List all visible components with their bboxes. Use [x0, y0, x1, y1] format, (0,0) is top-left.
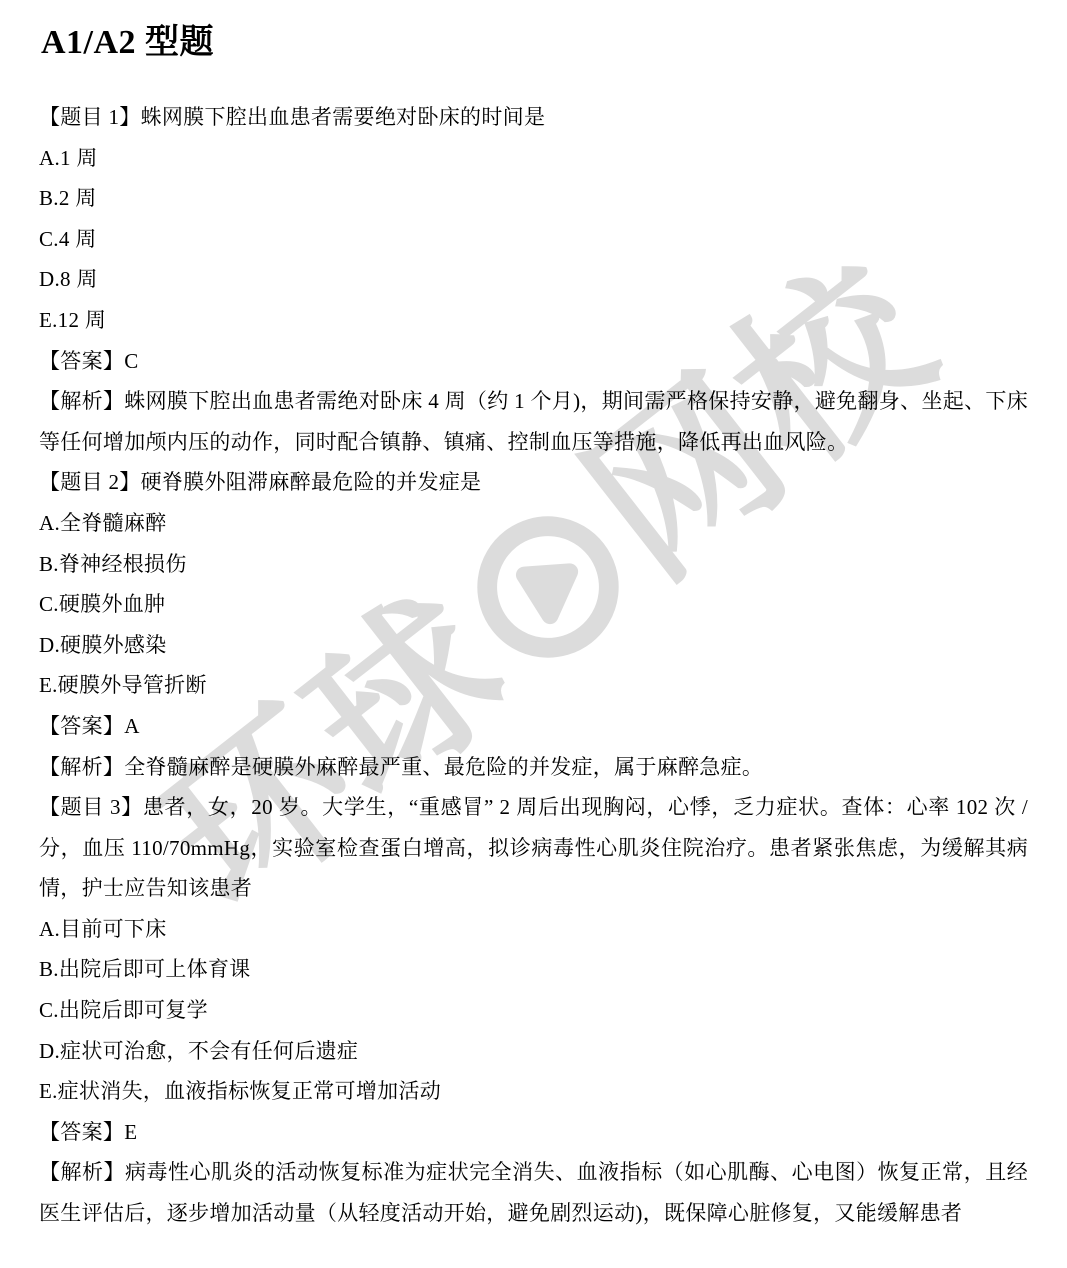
question-label: 【题目 2】 [39, 470, 141, 494]
option-line: E.12 周 [39, 300, 1028, 341]
option-line: B.脊神经根损伤 [39, 544, 1028, 585]
question-stem-text: 患者，女，20 岁。大学生，“重感冒” 2 周后出现胸闷，心悸，乏力症状。查体：… [39, 795, 1028, 900]
document-page: A1/A2 型题 【题目 1】蛛网膜下腔出血患者需要绝对卧床的时间是 A.1 周… [0, 0, 1067, 1268]
analysis-label: 【解析】 [39, 1160, 125, 1184]
option-line: C.硬膜外血肿 [39, 584, 1028, 625]
option-line: D.硬膜外感染 [39, 625, 1028, 666]
option-line: D.8 周 [39, 259, 1028, 300]
question-stem: 【题目 2】硬脊膜外阻滞麻醉最危险的并发症是 [39, 462, 1028, 503]
option-line: E.症状消失，血液指标恢复正常可增加活动 [39, 1071, 1028, 1112]
analysis-line: 【解析】病毒性心肌炎的活动恢复标准为症状完全消失、血液指标（如心肌酶、心电图）恢… [39, 1152, 1028, 1233]
option-line: D.症状可治愈，不会有任何后遗症 [39, 1031, 1028, 1072]
answer-line: 【答案】A [39, 706, 1028, 747]
option-line: A.全脊髓麻醉 [39, 503, 1028, 544]
analysis-label: 【解析】 [39, 755, 124, 779]
option-line: A.目前可下床 [39, 909, 1028, 950]
answer-value: E [124, 1120, 137, 1144]
question-label: 【题目 1】 [39, 105, 141, 129]
question-stem-text: 硬脊膜外阻滞麻醉最危险的并发症是 [141, 470, 482, 494]
option-line: B.2 周 [39, 178, 1028, 219]
question-stem-text: 蛛网膜下腔出血患者需要绝对卧床的时间是 [141, 105, 546, 129]
question-label: 【题目 3】 [39, 795, 143, 819]
question-block-1: 【题目 1】蛛网膜下腔出血患者需要绝对卧床的时间是 A.1 周 B.2 周 C.… [39, 97, 1028, 462]
analysis-text: 病毒性心肌炎的活动恢复标准为症状完全消失、血液指标（如心肌酶、心电图）恢复正常，… [39, 1160, 1028, 1225]
document-content: 【题目 1】蛛网膜下腔出血患者需要绝对卧床的时间是 A.1 周 B.2 周 C.… [39, 97, 1028, 1234]
option-line: B.出院后即可上体育课 [39, 949, 1028, 990]
page-title: A1/A2 型题 [41, 22, 1028, 64]
analysis-label: 【解析】 [39, 389, 124, 413]
question-stem: 【题目 1】蛛网膜下腔出血患者需要绝对卧床的时间是 [39, 97, 1028, 138]
option-line: C.4 周 [39, 219, 1028, 260]
answer-line: 【答案】E [39, 1112, 1028, 1153]
answer-label: 【答案】 [39, 1120, 124, 1144]
answer-value: C [124, 349, 138, 373]
question-block-3: 【题目 3】患者，女，20 岁。大学生，“重感冒” 2 周后出现胸闷，心悸，乏力… [39, 787, 1028, 1234]
analysis-text: 全脊髓麻醉是硬膜外麻醉最严重、最危险的并发症，属于麻醉急症。 [124, 755, 763, 779]
answer-label: 【答案】 [39, 714, 124, 738]
question-block-2: 【题目 2】硬脊膜外阻滞麻醉最危险的并发症是 A.全脊髓麻醉 B.脊神经根损伤 … [39, 462, 1028, 787]
option-line: E.硬膜外导管折断 [39, 665, 1028, 706]
answer-value: A [124, 714, 139, 738]
analysis-text: 蛛网膜下腔出血患者需绝对卧床 4 周（约 1 个月)，期间需严格保持安静，避免翻… [39, 389, 1028, 454]
question-stem: 【题目 3】患者，女，20 岁。大学生，“重感冒” 2 周后出现胸闷，心悸，乏力… [39, 787, 1028, 909]
option-line: C.出院后即可复学 [39, 990, 1028, 1031]
analysis-line: 【解析】蛛网膜下腔出血患者需绝对卧床 4 周（约 1 个月)，期间需严格保持安静… [39, 381, 1028, 462]
option-line: A.1 周 [39, 138, 1028, 179]
analysis-line: 【解析】全脊髓麻醉是硬膜外麻醉最严重、最危险的并发症，属于麻醉急症。 [39, 747, 1028, 788]
answer-label: 【答案】 [39, 349, 124, 373]
answer-line: 【答案】C [39, 341, 1028, 382]
